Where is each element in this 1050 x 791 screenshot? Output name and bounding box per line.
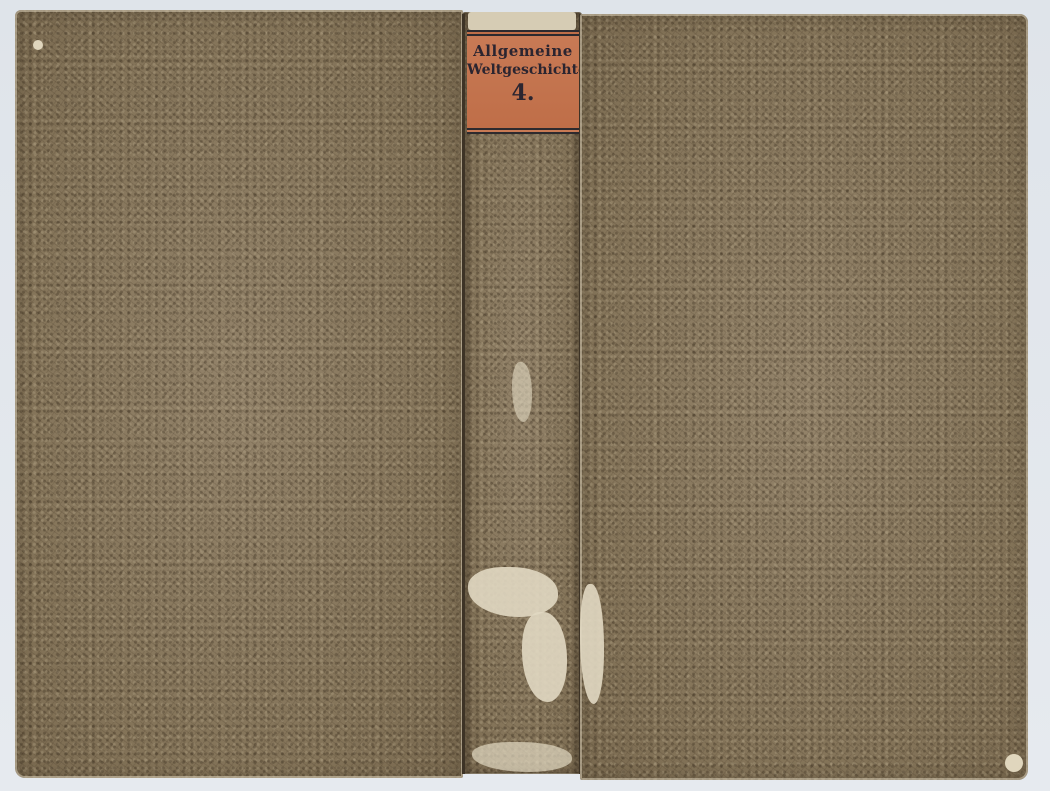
wear-spot [33,40,43,50]
label-volume-number: 4. [467,80,579,106]
back-cover [15,10,463,778]
front-cover [580,14,1028,780]
wear-spot [1005,754,1023,772]
label-title-line2: Weltgeschichte [467,62,579,78]
spine-wear [472,742,572,772]
book-photo: Allgemeine Weltgeschichte 4. [0,0,1050,791]
spine-headcap [468,12,576,30]
spine-wear [468,567,558,617]
spine-wear [512,362,532,422]
left-hinge [462,14,465,774]
spine-wear [522,612,567,702]
spine-label: Allgemeine Weltgeschichte 4. [467,30,579,134]
cover-wear [580,584,604,704]
book-spine: Allgemeine Weltgeschichte 4. [462,12,582,774]
label-title-line1: Allgemeine [467,42,579,60]
